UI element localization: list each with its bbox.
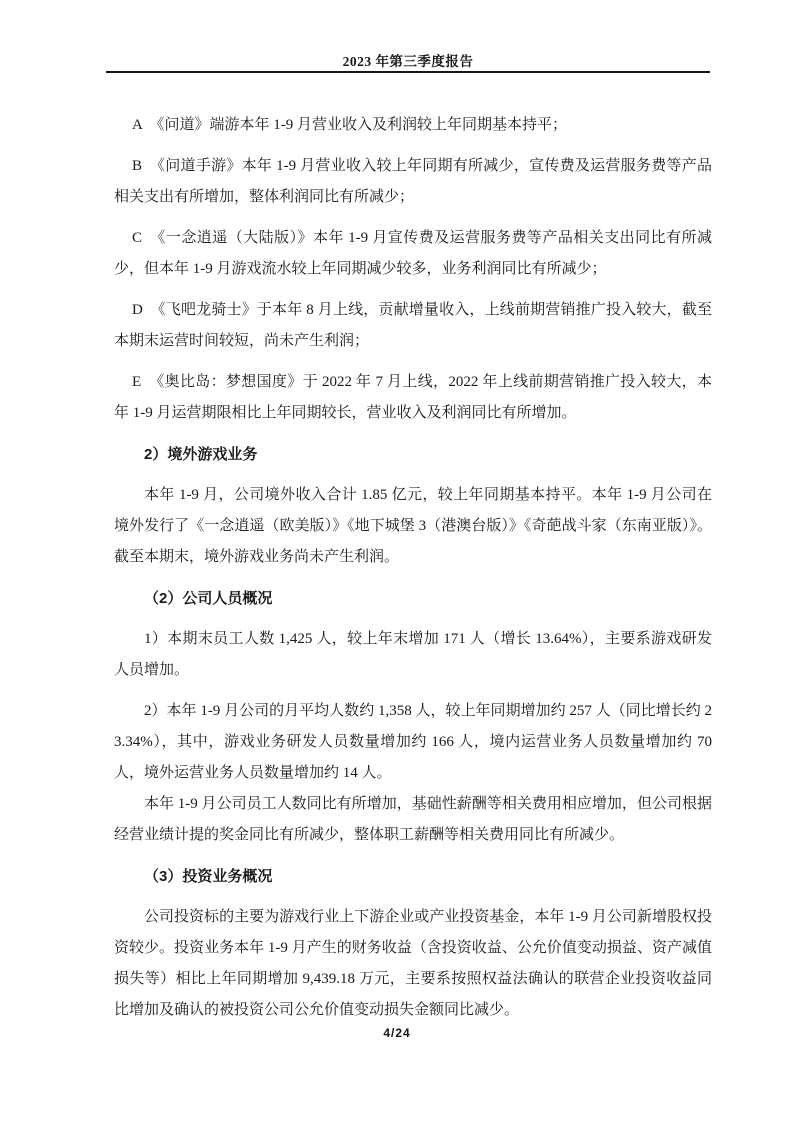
paragraph-investment-overview: 公司投资标的主要为游戏行业上下游企业或产业投资基金，本年 1-9 月公司新增股权… xyxy=(114,902,712,1026)
paragraph-game-b: B 《问道手游》本年 1-9 月营业收入较上年同期有所减少，宣传费及运营服务费等… xyxy=(114,151,712,213)
heading-overseas-game-business: 2）境外游戏业务 xyxy=(114,439,712,470)
paragraph-average-headcount: 2）本年 1-9 月公司的月平均人数约 1,358 人，较上年同期增加约 257… xyxy=(114,696,712,789)
page-number: 4/24 xyxy=(383,1026,410,1040)
heading-investment-business: （3）投资业务概况 xyxy=(114,861,712,892)
document-body: A 《问道》端游本年 1-9 月营业收入及利润较上年同期基本持平； B 《问道手… xyxy=(114,110,712,1036)
header-divider xyxy=(106,71,710,73)
paragraph-game-c: C 《一念逍遥（大陆版）》本年 1-9 月宣传费及运营服务费等产品相关支出同比有… xyxy=(114,223,712,285)
paragraph-game-e: E 《奥比岛：梦想国度》于 2022 年 7 月上线，2022 年上线前期营销推… xyxy=(114,367,712,429)
paragraph-salary-costs: 本年 1-9 月公司员工人数同比有所增加，基础性薪酬等相关费用相应增加，但公司根… xyxy=(114,789,712,851)
paragraph-game-d: D 《飞吧龙骑士》于本年 8 月上线，贡献增量收入，上线前期营销推广投入较大，截… xyxy=(114,295,712,357)
page-footer: 4/24 xyxy=(0,1024,794,1042)
paragraph-game-a: A 《问道》端游本年 1-9 月营业收入及利润较上年同期基本持平； xyxy=(114,110,712,141)
paragraph-overseas-revenue: 本年 1-9 月，公司境外收入合计 1.85 亿元，较上年同期基本持平。本年 1… xyxy=(114,480,712,573)
page-header: 2023 年第三季度报告 xyxy=(106,50,710,70)
paragraph-headcount-period-end: 1）本期末员工人数 1,425 人，较上年末增加 171 人（增长 13.64%… xyxy=(114,624,712,686)
document-page: 2023 年第三季度报告 A 《问道》端游本年 1-9 月营业收入及利润较上年同… xyxy=(0,0,794,1123)
report-title: 2023 年第三季度报告 xyxy=(106,50,710,70)
heading-company-personnel: （2）公司人员概况 xyxy=(114,583,712,614)
